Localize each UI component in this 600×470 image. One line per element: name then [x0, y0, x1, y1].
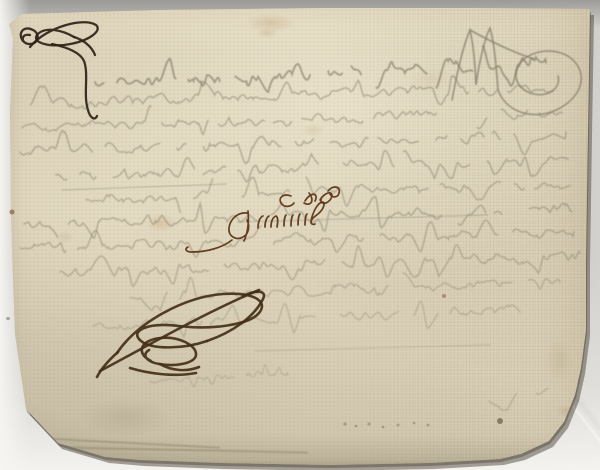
central-signature-stroke [100, 290, 259, 371]
ink-speck [355, 425, 358, 428]
script-line [20, 131, 566, 164]
script-line [60, 245, 580, 287]
script-line [86, 177, 570, 212]
ink-speck [397, 424, 400, 427]
large-initial-stroke [470, 30, 534, 59]
ink-speck [10, 210, 15, 215]
ink-speck [427, 424, 430, 427]
ink-speck [382, 426, 385, 429]
docket-stroke [304, 193, 316, 204]
script-line [489, 389, 560, 411]
rule-line [62, 184, 226, 190]
ink-speck [343, 422, 346, 425]
ink-overlay [0, 0, 600, 470]
ink-speck [413, 422, 416, 425]
ink-speck [497, 418, 503, 424]
central-signature-flourish [97, 290, 264, 377]
ink-speck [442, 294, 446, 298]
top-left-ink-paraph [21, 22, 98, 118]
faint-mirrored-script [20, 46, 580, 410]
photograph [0, 0, 600, 470]
docket-stroke [311, 202, 324, 224]
central-signature-stroke [142, 338, 196, 365]
rule-line [255, 345, 490, 351]
script-line [31, 76, 560, 109]
script-line [22, 106, 562, 135]
script-line [20, 220, 574, 257]
script-line [130, 273, 560, 311]
docket-stroke [280, 195, 294, 206]
ink-speck [367, 422, 370, 425]
script-line [56, 151, 568, 182]
